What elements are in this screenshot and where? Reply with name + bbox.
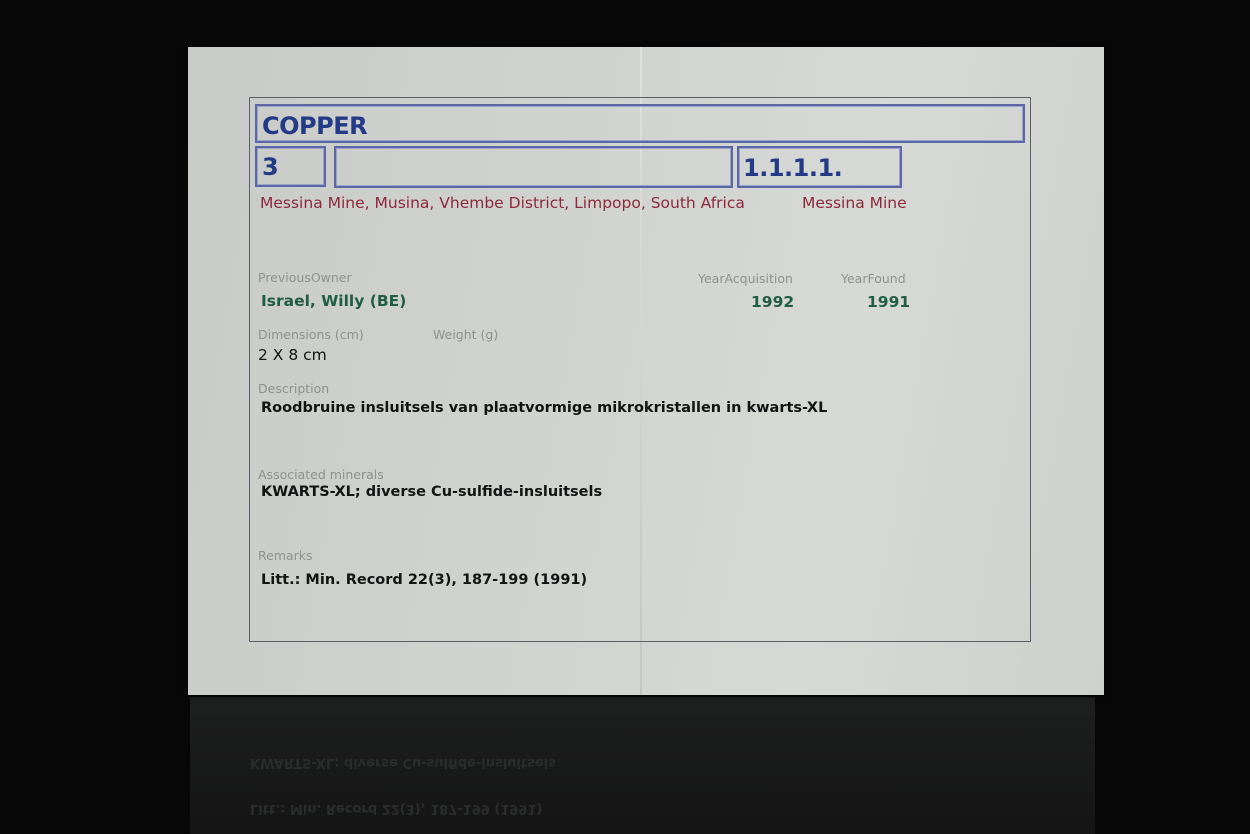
- description-value: Roodbruine insluitsels van plaatvormige …: [261, 400, 827, 416]
- reflected-text: Litt.: Min. Record 22(3), 187-199 (1991): [250, 801, 542, 816]
- previous-owner-label: PreviousOwner: [258, 270, 352, 285]
- mineral-name-box: COPPER: [255, 104, 1025, 143]
- table-reflection: KWARTS-XL; diverse Cu-sulfide-insluitsel…: [190, 697, 1095, 834]
- specimen-number: 3: [262, 153, 279, 181]
- remarks-label: Remarks: [258, 548, 313, 563]
- mineral-label-card: COPPER 3 1.1.1.1. Messina Mine, Musina, …: [188, 47, 1104, 695]
- year-found-label: YearFound: [841, 271, 906, 286]
- remarks-value: Litt.: Min. Record 22(3), 187-199 (1991): [261, 572, 587, 588]
- secondary-field-box: [334, 146, 733, 188]
- previous-owner-value: Israel, Willy (BE): [261, 292, 406, 310]
- dimensions-value: 2 X 8 cm: [258, 346, 327, 364]
- classification-code-box: 1.1.1.1.: [737, 146, 902, 188]
- year-acquisition-value: 1992: [751, 293, 794, 311]
- description-label: Description: [258, 381, 329, 396]
- year-acquisition-label: YearAcquisition: [698, 271, 793, 286]
- number-box: 3: [255, 146, 326, 187]
- associated-minerals-label: Associated minerals: [258, 467, 384, 482]
- locality-full: Messina Mine, Musina, Vhembe District, L…: [260, 194, 745, 212]
- dimensions-label: Dimensions (cm): [258, 327, 364, 342]
- classification-code: 1.1.1.1.: [743, 154, 842, 182]
- locality-short: Messina Mine: [802, 194, 907, 212]
- label-frame: COPPER 3 1.1.1.1. Messina Mine, Musina, …: [249, 97, 1031, 642]
- year-found-value: 1991: [867, 293, 910, 311]
- reflected-text: KWARTS-XL; diverse Cu-sulfide-insluitsel…: [250, 755, 556, 770]
- associated-minerals-value: KWARTS-XL; diverse Cu-sulfide-insluitsel…: [261, 484, 602, 500]
- weight-label: Weight (g): [433, 327, 498, 342]
- mineral-name: COPPER: [262, 112, 367, 140]
